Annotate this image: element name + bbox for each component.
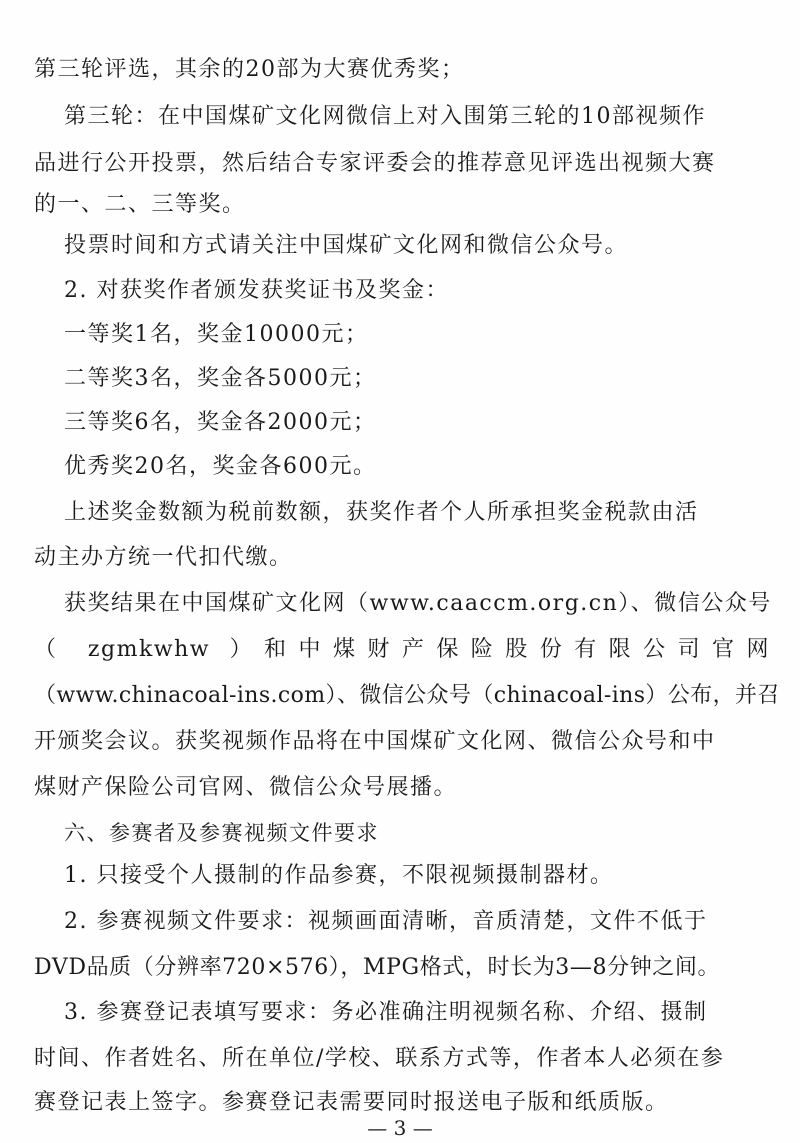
text-line-vote-time: 投票时间和方式请关注中国煤矿文化网和微信公众号。	[64, 233, 800, 259]
page-number: — 3 —	[0, 1116, 800, 1140]
text-line-awards-heading: 2. 对获奖作者颁发获奖证书及奖金：	[64, 278, 800, 304]
text-line-tax-note: 上述奖金数额为税前数额，获奖作者个人所承担奖金税款由活	[64, 500, 800, 526]
text-line-public-vote: 品进行公开投票，然后结合专家评委会的推荐意见评选出视频大赛	[34, 151, 770, 177]
text-line-second-prize: 二等奖3名，奖金各5000元；	[64, 366, 800, 392]
section-heading-requirements: 六、参赛者及参赛视频文件要求	[64, 820, 800, 846]
text-line-results-publication: 获奖结果在中国煤矿文化网（www.caaccm.org.cn）、微信公众号	[64, 591, 800, 617]
text-line-tax-withholding: 动主办方统一代扣代缴。	[34, 545, 770, 571]
text-line-first-prize: 一等奖1名，奖金10000元；	[64, 322, 800, 348]
text-line-dvd-format: DVD品质（分辨率720×576），MPG格式，时长为3—8分钟之间。	[34, 955, 770, 981]
text-line-file-requirements: 2. 参赛视频文件要求：视频画面清晰，音质清楚，文件不低于	[64, 909, 800, 935]
text-line-excellence-prize: 优秀奖20名，奖金各600元。	[64, 454, 800, 480]
text-line-showcase: 煤财产保险公司官网、微信公众号展播。	[34, 775, 770, 801]
text-line-prize-levels: 的一、二、三等奖。	[34, 192, 770, 218]
text-line-registration-details: 时间、作者姓名、所在单位/学校、联系方式等，作者本人必须在参	[34, 1046, 770, 1072]
document-page: 第三轮评选，其余的20部为大赛优秀奖； 第三轮：在中国煤矿文化网微信上对入围第三…	[0, 0, 800, 1143]
text-line-third-prize: 三等奖6名，奖金各2000元；	[64, 410, 800, 436]
text-line-individual-only: 1. 只接受个人摄制的作品参赛，不限视频摄制器材。	[64, 863, 800, 889]
text-line-registration-submission: 赛登记表上签字。参赛登记表需要同时报送电子版和纸质版。	[34, 1090, 770, 1116]
text-line-round3-selection: 第三轮评选，其余的20部为大赛优秀奖；	[34, 57, 770, 83]
text-line-registration-requirements: 3. 参赛登记表填写要求：务必准确注明视频名称、介绍、摄制	[64, 1000, 800, 1026]
text-line-award-ceremony: 开颁奖会议。获奖视频作品将在中国煤矿文化网、微信公众号和中	[34, 729, 770, 755]
text-line-round3-heading: 第三轮：在中国煤矿文化网微信上对入围第三轮的10部视频作	[64, 104, 800, 130]
text-line-insurance-website: （www.chinacoal-ins.com）、微信公众号（chinacoal-…	[34, 683, 770, 709]
text-line-wechat-account: （ zgmkwhw ）和中煤财产保险股份有限公司官网	[34, 637, 770, 663]
